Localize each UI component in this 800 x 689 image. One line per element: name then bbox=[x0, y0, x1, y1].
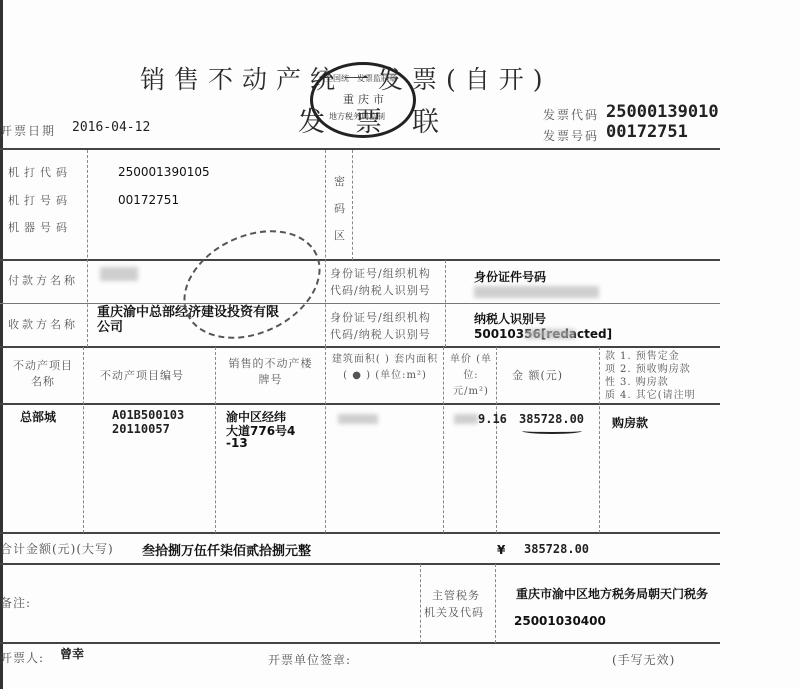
handwriting-invalid-note: (手写无效) bbox=[612, 652, 675, 668]
payer-id-label-1: 身份证号/组织机构 bbox=[330, 266, 431, 282]
issuer-name: 曾幸 bbox=[60, 645, 84, 662]
col-amount: 金 额(元) bbox=[512, 368, 563, 384]
payee-id-label-1: 身份证号/组织机构 bbox=[330, 310, 431, 326]
tax-authority-name: 重庆市渝中区地方税务局朝天门税务 bbox=[516, 585, 708, 602]
payee-id-redacted bbox=[525, 329, 575, 339]
machine-code-label: 机打代码 bbox=[8, 165, 72, 181]
row-project-code-2: 20110057 bbox=[112, 422, 170, 436]
row-unit-price-suffix: 9.16 bbox=[478, 412, 507, 426]
payer-label: 付款方名称 bbox=[8, 273, 78, 289]
total-in-words: 叁拾捌万伍仟柒佰贰拾捌元整 bbox=[142, 540, 311, 559]
invoice-code-label: 发票代码 bbox=[543, 106, 599, 123]
device-number-label: 机器号码 bbox=[8, 220, 72, 236]
currency-symbol: ¥ bbox=[497, 543, 505, 557]
payment-option-3: 3. 购房款 bbox=[620, 376, 669, 389]
row-project-code-1: A01B500103 bbox=[112, 408, 184, 422]
col-payment-nature: 款项性质 bbox=[605, 350, 617, 402]
invoice-number: 00172751 bbox=[606, 122, 688, 142]
stamp-top-text: 全国统一发票监制章 bbox=[325, 73, 397, 84]
remarks-label: 备注: bbox=[0, 595, 31, 611]
payee-id-label-2: 代码/纳税人识别号 bbox=[330, 327, 431, 343]
supervision-stamp: 全国统一发票监制章 重庆市 地方税务局监制 bbox=[310, 62, 416, 138]
invoice-code: 25000139010 bbox=[606, 102, 719, 122]
seal-label: 开票单位签章: bbox=[268, 652, 351, 668]
issue-date-label: 开票日期 bbox=[0, 122, 56, 139]
row-unit-price-redacted bbox=[454, 414, 478, 424]
payer-id-label-2: 代码/纳税人识别号 bbox=[330, 283, 431, 299]
tax-authority-label-1: 主管税务 bbox=[432, 588, 480, 604]
col-project-code: 不动产项目编号 bbox=[100, 368, 184, 384]
payment-option-1: 1. 预售定金 bbox=[620, 350, 680, 363]
company-stamp bbox=[166, 209, 338, 360]
row-payment-nature: 购房款 bbox=[612, 414, 648, 431]
payee-label: 收款方名称 bbox=[8, 317, 78, 333]
stamp-bottom-text: 地方税务局监制 bbox=[329, 111, 385, 122]
col-building-no: 销售的不动产楼牌号 bbox=[228, 356, 313, 388]
total-amount: 385728.00 bbox=[524, 542, 589, 556]
row-area-redacted bbox=[338, 414, 378, 424]
col-area: 建筑面积( ) 套内面积( ● ) (单位:m²) bbox=[330, 352, 440, 384]
payer-name-redacted bbox=[100, 267, 138, 281]
scan-edge bbox=[0, 0, 3, 689]
col-project-name: 不动产项目名称 bbox=[8, 358, 78, 390]
row-building-no-3: -13 bbox=[226, 436, 248, 450]
machine-number: 00172751 bbox=[118, 193, 179, 207]
total-label: 合计金额(元)(大写) bbox=[0, 541, 114, 557]
row-project-name: 总部城 bbox=[20, 408, 56, 425]
payment-option-2: 2. 预收购房款 bbox=[620, 363, 691, 376]
stamp-city-text: 重庆市 bbox=[343, 91, 388, 107]
row-amount: 385728.00 bbox=[519, 412, 584, 426]
tax-authority-label-2: 机关及代码 bbox=[424, 605, 484, 621]
cipher-area-label: 密码区 bbox=[334, 168, 346, 249]
machine-number-label: 机打号码 bbox=[8, 193, 72, 209]
invoice-number-label: 发票号码 bbox=[543, 127, 599, 144]
col-unit-price: 单价 (单位:元/m²) bbox=[448, 352, 494, 400]
payer-id-redacted bbox=[474, 286, 599, 298]
payment-option-4: 4. 其它(请注明 bbox=[620, 389, 696, 402]
payer-id-type: 身份证件号码 bbox=[474, 268, 546, 285]
payee-id-type: 纳税人识别号 bbox=[474, 310, 546, 327]
tax-authority-code: 25001030400 bbox=[514, 614, 606, 628]
issue-date: 2016-04-12 bbox=[72, 120, 150, 135]
amount-underline bbox=[522, 428, 582, 434]
machine-code: 250001390105 bbox=[118, 165, 210, 179]
issuer-label: 开票人: bbox=[0, 650, 44, 666]
